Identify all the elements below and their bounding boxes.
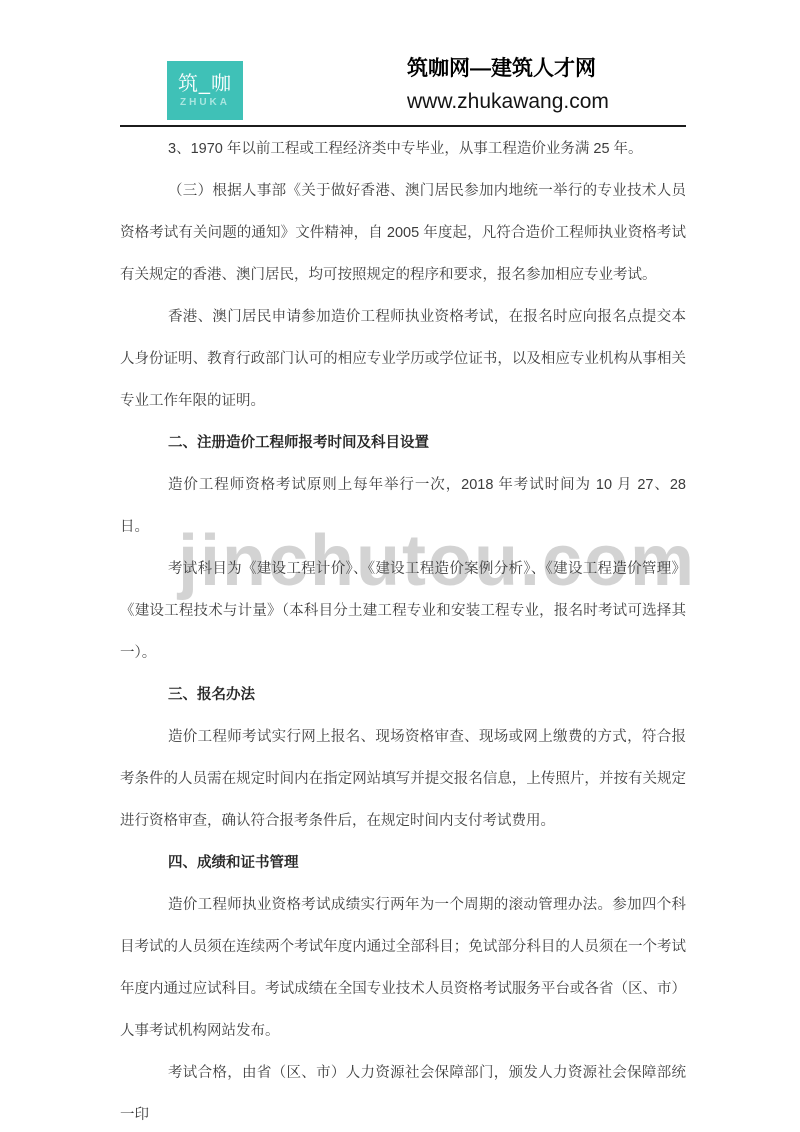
document-body: 3、1970 年以前工程或工程经济类中专毕业，从事工程造价业务满 25 年。（三… (120, 128, 686, 1132)
logo-text: 筑_咖 (178, 74, 232, 94)
site-header: 筑咖网—建筑人才网 www.zhukawang.com (407, 56, 609, 113)
site-title: 筑咖网—建筑人才网 (407, 56, 609, 81)
logo: 筑_咖 ZHUKA (167, 61, 243, 120)
paragraph: 造价工程师考试实行网上报名、现场资格审查、现场或网上缴费的方式，符合报考条件的人… (120, 716, 686, 842)
section-heading: 二、注册造价工程师报考时间及科目设置 (120, 422, 686, 464)
paragraph: （三）根据人事部《关于做好香港、澳门居民参加内地统一举行的专业技术人员资格考试有… (120, 170, 686, 296)
paragraph: 考试合格，由省（区、市）人力资源社会保障部门，颁发人力资源社会保障部统一印 (120, 1052, 686, 1132)
paragraph: 造价工程师资格考试原则上每年举行一次，2018 年考试时间为 10 月 27、2… (120, 464, 686, 548)
paragraph: 香港、澳门居民申请参加造价工程师执业资格考试，在报名时应向报名点提交本人身份证明… (120, 296, 686, 422)
logo-subtext: ZHUKA (180, 98, 230, 108)
section-heading: 三、报名办法 (120, 674, 686, 716)
paragraph: 考试科目为《建设工程计价》、《建设工程造价案例分析》、《建设工程造价管理》《建设… (120, 548, 686, 674)
paragraph: 3、1970 年以前工程或工程经济类中专毕业，从事工程造价业务满 25 年。 (120, 128, 686, 170)
section-heading: 四、成绩和证书管理 (120, 842, 686, 884)
paragraph: 造价工程师执业资格考试成绩实行两年为一个周期的滚动管理办法。参加四个科目考试的人… (120, 884, 686, 1052)
document-page: 筑_咖 ZHUKA 筑咖网—建筑人才网 www.zhukawang.com ji… (0, 0, 800, 1132)
site-url: www.zhukawang.com (407, 90, 609, 113)
header-divider (120, 125, 686, 127)
